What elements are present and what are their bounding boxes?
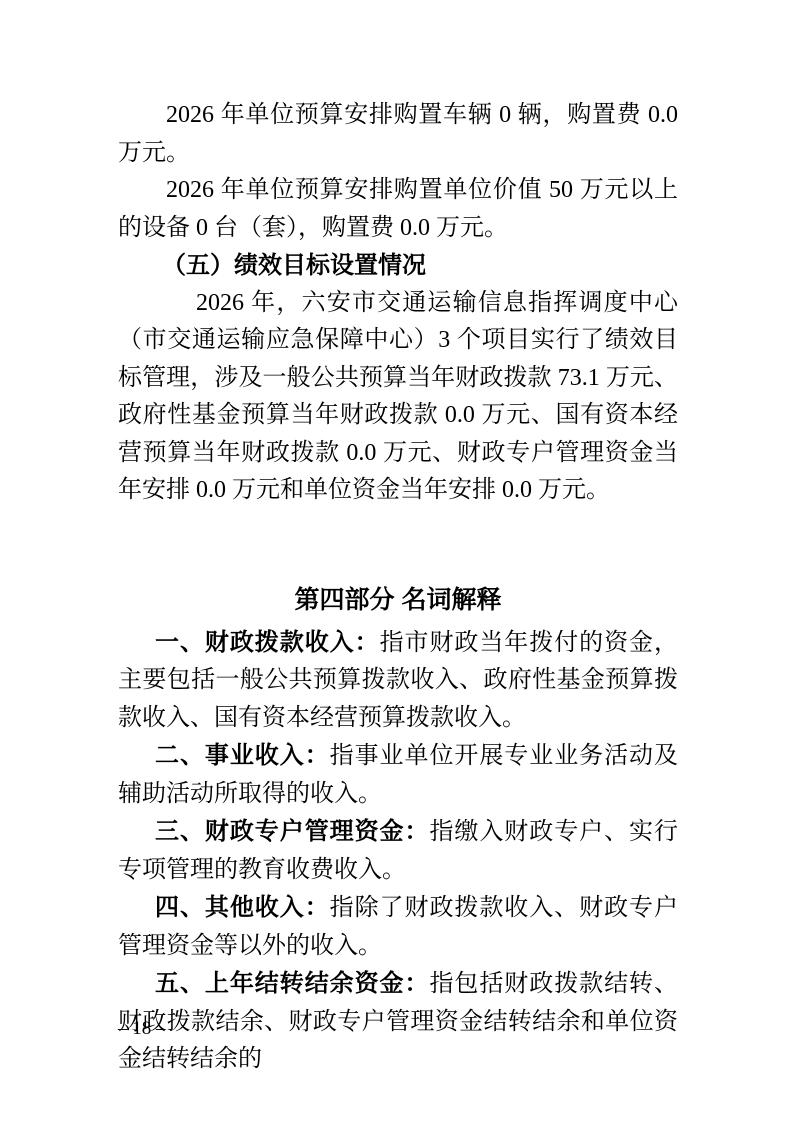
- term-label-carryover-funds: 五、上年结转结余资金：: [155, 970, 429, 997]
- term-label-special-account-funds: 三、财政专户管理资金：: [155, 818, 429, 845]
- document-content: 2026 年单位预算安排购置车辆 0 辆，购置费 0.0 万元。 2026 年单…: [118, 97, 678, 1079]
- paragraph-performance-targets: 2026 年，六安市交通运输信息指挥调度中心（市交通运输应急保障中心）3 个项目…: [118, 285, 678, 510]
- term-paragraph-fiscal-appropriation-income: 一、财政拨款收入：指市财政当年拨付的资金，主要包括一般公共预算拨款收入、政府性基…: [118, 624, 678, 738]
- term-paragraph-institutional-income: 二、事业收入：指事业单位开展专业业务活动及辅助活动所取得的收入。: [118, 737, 678, 813]
- section-title-glossary: 第四部分 名词解释: [118, 582, 678, 618]
- document-page: 2026 年单位预算安排购置车辆 0 辆，购置费 0.0 万元。 2026 年单…: [0, 0, 793, 1122]
- term-paragraph-other-income: 四、其他收入：指除了财政拨款收入、财政专户管理资金等以外的收入。: [118, 889, 678, 965]
- term-label-other-income: 四、其他收入：: [155, 894, 330, 921]
- term-paragraph-special-account-funds: 三、财政专户管理资金：指缴入财政专户、实行专项管理的教育收费收入。: [118, 813, 678, 889]
- paragraph-equipment-purchase: 2026 年单位预算安排购置单位价值 50 万元以上的设备 0 台（套），购置费…: [118, 172, 678, 247]
- page-number: – 18 –: [118, 1016, 166, 1042]
- paragraph-vehicle-purchase: 2026 年单位预算安排购置车辆 0 辆，购置费 0.0 万元。: [118, 97, 678, 172]
- term-label-institutional-income: 二、事业收入：: [155, 742, 330, 769]
- subsection-heading-performance-targets: （五）绩效目标设置情况: [118, 247, 678, 285]
- term-label-fiscal-appropriation-income: 一、财政拨款收入：: [155, 629, 380, 656]
- term-paragraph-carryover-funds: 五、上年结转结余资金：指包括财政拨款结转、财政拨款结余、财政专户管理资金结转结余…: [118, 965, 678, 1079]
